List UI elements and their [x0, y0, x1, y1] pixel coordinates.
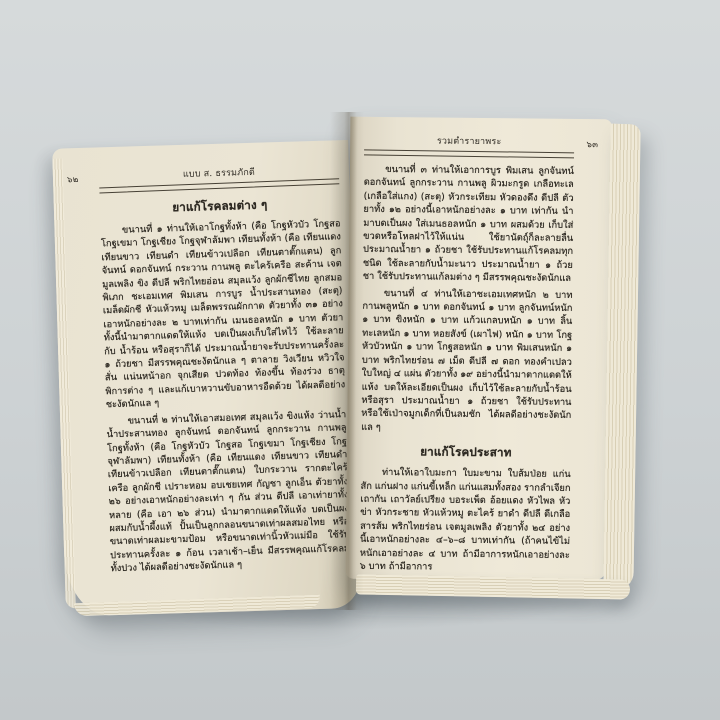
right-page-number: ๖๓ [587, 137, 599, 151]
right-section-paragraph-1: ท่านให้เอาใบมะกา ใบมะขาม ใบส้มป่อย แก่นส… [360, 466, 571, 575]
left-paragraph-2: ขนานที่ ๒ ท่านให้เอาสมอเทศ สมุลแว้ง ขิงแ… [106, 408, 351, 576]
left-page-number: ๖๒ [67, 172, 79, 186]
right-running-head-text: รวมตำรายาพระ [437, 137, 502, 148]
left-paragraph-1: ขนานที่ ๑ ท่านให้เอาโกฐทั้งห้า (คือ โกฐห… [100, 217, 345, 412]
photo-background: ๖๒ แบบ ส. ธรรมภักดี ยาแก้โรคลมต่าง ๆ ขนา… [0, 0, 720, 720]
left-section-title: ยาแก้โรคลมต่าง ๆ [100, 194, 340, 219]
right-page-content: รวมตำรายาพระ ๖๓ ขนานที่ ๓ ท่านให้เอาการบ… [360, 133, 575, 579]
left-body-text: ขนานที่ ๑ ท่านให้เอาโกฐทั้งห้า (คือ โกฐห… [100, 217, 350, 576]
right-section-title: ยาแก้โรคประสาท [361, 443, 571, 463]
book-right-page: รวมตำรายาพระ ๖๓ ขนานที่ ๓ ท่านให้เอาการบ… [346, 117, 613, 582]
right-body-text: ขนานที่ ๓ ท่านให้เอาการบูร พิมเสน ลูกจัน… [361, 163, 574, 436]
left-page-content: ๖๒ แบบ ส. ธรรมภักดี ยาแก้โรคลมต่าง ๆ ขนา… [99, 162, 351, 579]
left-running-head-text: แบบ ส. ธรรมภักดี [183, 168, 255, 180]
right-paragraph-2: ขนานที่ ๔ ท่านให้เอาชะเอมเทศหนัก ๒ บาท ก… [361, 286, 573, 436]
right-header-rule [364, 149, 574, 158]
book-fore-edge-pages [603, 124, 640, 591]
right-running-head: รวมตำรายาพระ ๖๓ [364, 133, 574, 149]
book-left-page: ๖๒ แบบ ส. ธรรมภักดี ยาแก้โรคลมต่าง ๆ ขนา… [52, 140, 362, 617]
right-paragraph-1: ขนานที่ ๓ ท่านให้เอาการบูร พิมเสน ลูกจัน… [363, 163, 574, 286]
right-section-body-text: ท่านให้เอาใบมะกา ใบมะขาม ใบส้มป่อย แก่นส… [360, 466, 571, 575]
